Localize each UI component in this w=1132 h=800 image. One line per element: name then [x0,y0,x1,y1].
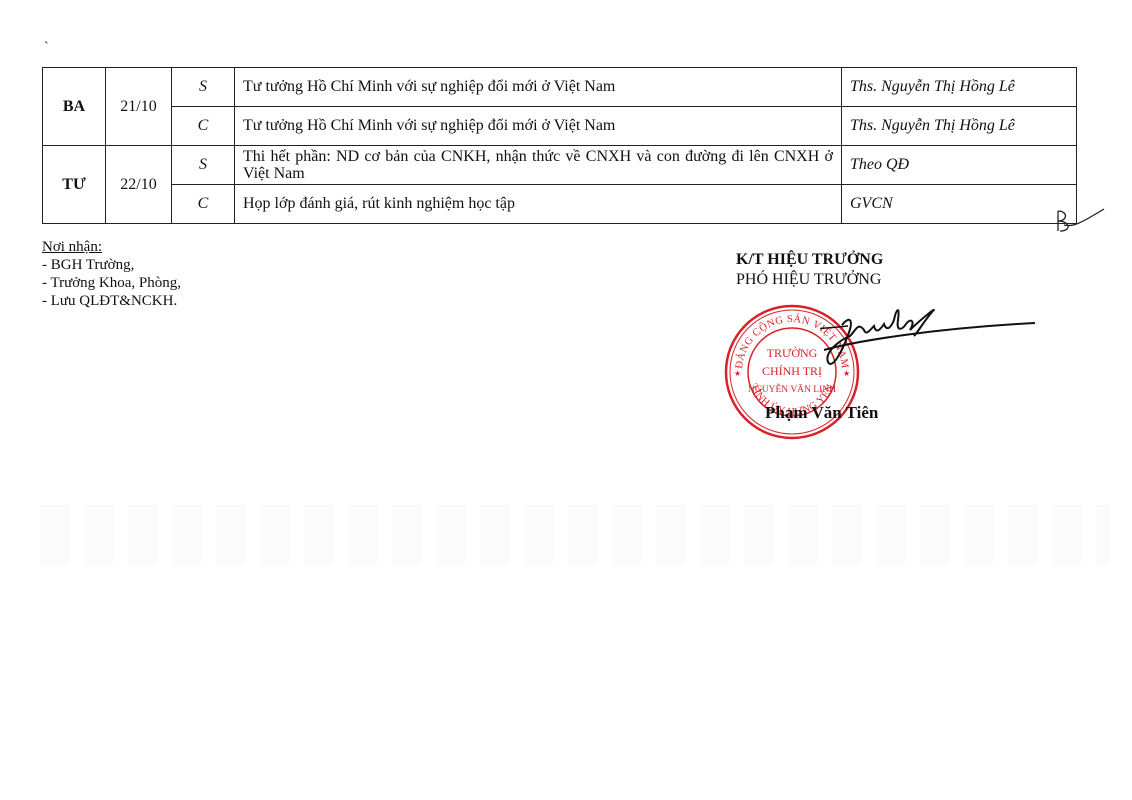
signer-name: Phạm Văn Tiên [765,403,878,423]
day-cell: TƯ [43,146,106,224]
schedule-table: BA 21/10 S Tư tưởng Hồ Chí Minh với sự n… [42,67,1077,224]
stamp-inner-line3: NGUYỄN VĂN LINH [748,382,836,395]
teacher-cell: Theo QĐ [842,146,1077,185]
table-row: C Tư tưởng Hồ Chí Minh với sự nghiệp đổi… [43,107,1077,146]
session-cell: C [172,185,235,224]
handwritten-signature-icon [820,290,1060,380]
table-row: TƯ 22/10 S Thi hết phần: ND cơ bản của C… [43,146,1077,185]
recipients-heading: Nơi nhận: [42,238,181,256]
table-row: C Họp lớp đánh giá, rút kinh nghiệm học … [43,185,1077,224]
recipient-item: - Trưởng Khoa, Phòng, [42,274,181,292]
recipients-block: Nơi nhận: - BGH Trường, - Trưởng Khoa, P… [42,238,181,310]
subject-cell: Họp lớp đánh giá, rút kinh nghiệm học tậ… [235,185,842,224]
subject-cell: Thi hết phần: ND cơ bản của CNKH, nhận t… [235,146,842,185]
signature-title-block: K/T HIỆU TRƯỞNG PHÓ HIỆU TRƯỞNG [736,250,926,290]
session-cell: C [172,107,235,146]
scan-bleed-through [40,505,1110,565]
recipient-item: - Lưu QLĐT&NCKH. [42,292,181,310]
stamp-inner-line2: CHÍNH TRỊ [762,364,822,378]
signature-title-line1: K/T HIỆU TRƯỞNG [736,250,926,270]
stamp-inner-line1: TRƯỜNG [767,346,818,360]
day-cell: BA [43,68,106,146]
signature-title-line2: PHÓ HIỆU TRƯỞNG [736,270,926,290]
teacher-cell: GVCN [842,185,1077,224]
session-cell: S [172,68,235,107]
svg-text:★: ★ [734,369,741,378]
subject-cell: Tư tưởng Hồ Chí Minh với sự nghiệp đổi m… [235,68,842,107]
session-cell: S [172,146,235,185]
teacher-cell: Ths. Nguyễn Thị Hồng Lê [842,107,1077,146]
table-row: BA 21/10 S Tư tưởng Hồ Chí Minh với sự n… [43,68,1077,107]
initials-mark-icon [1050,205,1110,235]
page-mark: ` [44,40,49,56]
recipient-item: - BGH Trường, [42,256,181,274]
date-cell: 21/10 [106,68,172,146]
subject-cell: Tư tưởng Hồ Chí Minh với sự nghiệp đổi m… [235,107,842,146]
teacher-cell: Ths. Nguyễn Thị Hồng Lê [842,68,1077,107]
date-cell: 22/10 [106,146,172,224]
